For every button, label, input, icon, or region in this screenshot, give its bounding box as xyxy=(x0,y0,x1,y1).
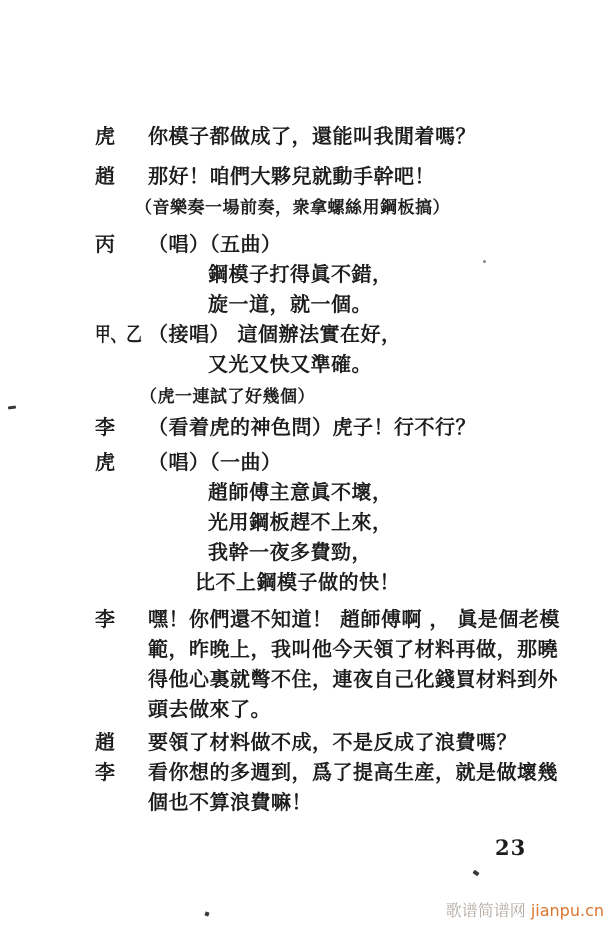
script-line: 丙 （唱）（五曲） xyxy=(95,229,565,259)
page-number: 23 xyxy=(495,835,526,860)
speaker-label: 趙 xyxy=(95,727,148,757)
script-line: 範，昨晚上，我叫他今天領了材料再做，那曉 xyxy=(95,634,565,664)
speaker-label: 虎 xyxy=(95,447,148,477)
dialogue-continuation: 個也不算浪費嘛！ xyxy=(148,787,312,817)
dialogue-text: （看着虎的神色問）虎子！行不行？ xyxy=(148,412,476,442)
script-line: 光用鋼板趕不上來， xyxy=(95,507,565,537)
script-line: 李 看你想的多週到，爲了提高生産，就是做壞幾 xyxy=(95,757,565,787)
speaker-label: 李 xyxy=(95,412,148,442)
verse-line: 又光又快又準確。 xyxy=(208,349,372,379)
scan-speck xyxy=(472,870,479,877)
dialogue-text: 嘿！你們還不知道！ 趙師傅啊 ， 眞是個老模 xyxy=(148,604,560,634)
script-line: 趙 那好！咱們大夥兒就動手幹吧！ xyxy=(95,161,565,191)
verse-line: 光用鋼板趕不上來， xyxy=(208,507,393,537)
dialogue-text: （唱）（一曲） xyxy=(148,447,282,477)
script-line: 甲、乙 （接唱） 這個辦法實在好， xyxy=(95,319,565,349)
scan-speck xyxy=(204,911,209,916)
script-line: 又光又快又準確。 xyxy=(95,349,565,379)
speaker-label: 趙 xyxy=(95,161,148,191)
verse-line: 旋一道，就一個。 xyxy=(208,289,372,319)
scanned-script-page: 虎 你模子都做成了，還能叫我閒着嗎？ 趙 那好！咱們大夥兒就動手幹吧！ （音樂奏… xyxy=(0,0,608,925)
speaker-label: 甲、乙 xyxy=(95,319,136,349)
script-line: 比不上鋼模子做的快！ xyxy=(95,567,565,597)
speaker-label: 丙 xyxy=(95,229,148,259)
script-line: （音樂奏一場前奏，衆拿螺絲用鋼板搞） xyxy=(95,193,565,223)
watermark: 歌谱简谱网 jianpu.cn xyxy=(446,898,604,921)
scan-speck xyxy=(483,260,486,263)
script-line: 趙師傅主意眞不壞， xyxy=(95,477,565,507)
script-line: 個也不算浪費嘛！ xyxy=(95,787,565,817)
watermark-site-url: jianpu.cn xyxy=(531,901,604,920)
script-line: 我幹一夜多費勁， xyxy=(95,537,565,567)
script-line: 鋼模子打得眞不錯， xyxy=(95,259,565,289)
dialogue-continuation: 範，昨晚上，我叫他今天領了材料再做，那曉 xyxy=(148,634,558,664)
script-line: （虎一連試了好幾個） xyxy=(95,382,565,412)
script-line: 頭去做來了。 xyxy=(95,694,565,724)
speaker-label: 李 xyxy=(95,604,148,634)
speaker-label: 李 xyxy=(95,757,148,787)
script-text-block: 虎 你模子都做成了，還能叫我閒着嗎？ 趙 那好！咱們大夥兒就動手幹吧！ （音樂奏… xyxy=(95,121,565,817)
stage-direction: （音樂奏一場前奏，衆拿螺絲用鋼板搞） xyxy=(135,193,450,223)
verse-line: 鋼模子打得眞不錯， xyxy=(208,259,393,289)
dialogue-text: （接唱） 這個辦法實在好， xyxy=(148,319,401,349)
script-line: 李 （看着虎的神色問）虎子！行不行？ xyxy=(95,412,565,442)
dialogue-continuation: 頭去做來了。 xyxy=(148,694,271,724)
dialogue-continuation: 得他心裏就彆不住，連夜自己化錢買材料到外 xyxy=(148,664,558,694)
dialogue-text: 要領了材料做不成，不是反成了浪費嗎？ xyxy=(148,727,517,757)
script-line: 得他心裏就彆不住，連夜自己化錢買材料到外 xyxy=(95,664,565,694)
script-line: 虎 你模子都做成了，還能叫我閒着嗎？ xyxy=(95,121,565,151)
speaker-label: 虎 xyxy=(95,121,148,151)
script-line: 旋一道，就一個。 xyxy=(95,289,565,319)
stage-direction: （虎一連試了好幾個） xyxy=(140,382,315,412)
watermark-site-name: 歌谱简谱网 xyxy=(446,901,526,920)
dialogue-text: （唱）（五曲） xyxy=(148,229,282,259)
script-line: 趙 要領了材料做不成，不是反成了浪費嗎？ xyxy=(95,727,565,757)
dialogue-text: 你模子都做成了，還能叫我閒着嗎？ xyxy=(148,121,476,151)
script-line: 李 嘿！你們還不知道！ 趙師傅啊 ， 眞是個老模 xyxy=(95,604,565,634)
dialogue-text: 那好！咱們大夥兒就動手幹吧！ xyxy=(148,161,435,191)
verse-line: 趙師傅主意眞不壞， xyxy=(208,477,393,507)
dialogue-text: 看你想的多週到，爲了提高生産，就是做壞幾 xyxy=(148,757,558,787)
verse-line: 比不上鋼模子做的快！ xyxy=(195,567,400,597)
verse-line: 我幹一夜多費勁， xyxy=(208,537,372,567)
script-line: 虎 （唱）（一曲） xyxy=(95,447,565,477)
scan-speck xyxy=(8,405,16,409)
